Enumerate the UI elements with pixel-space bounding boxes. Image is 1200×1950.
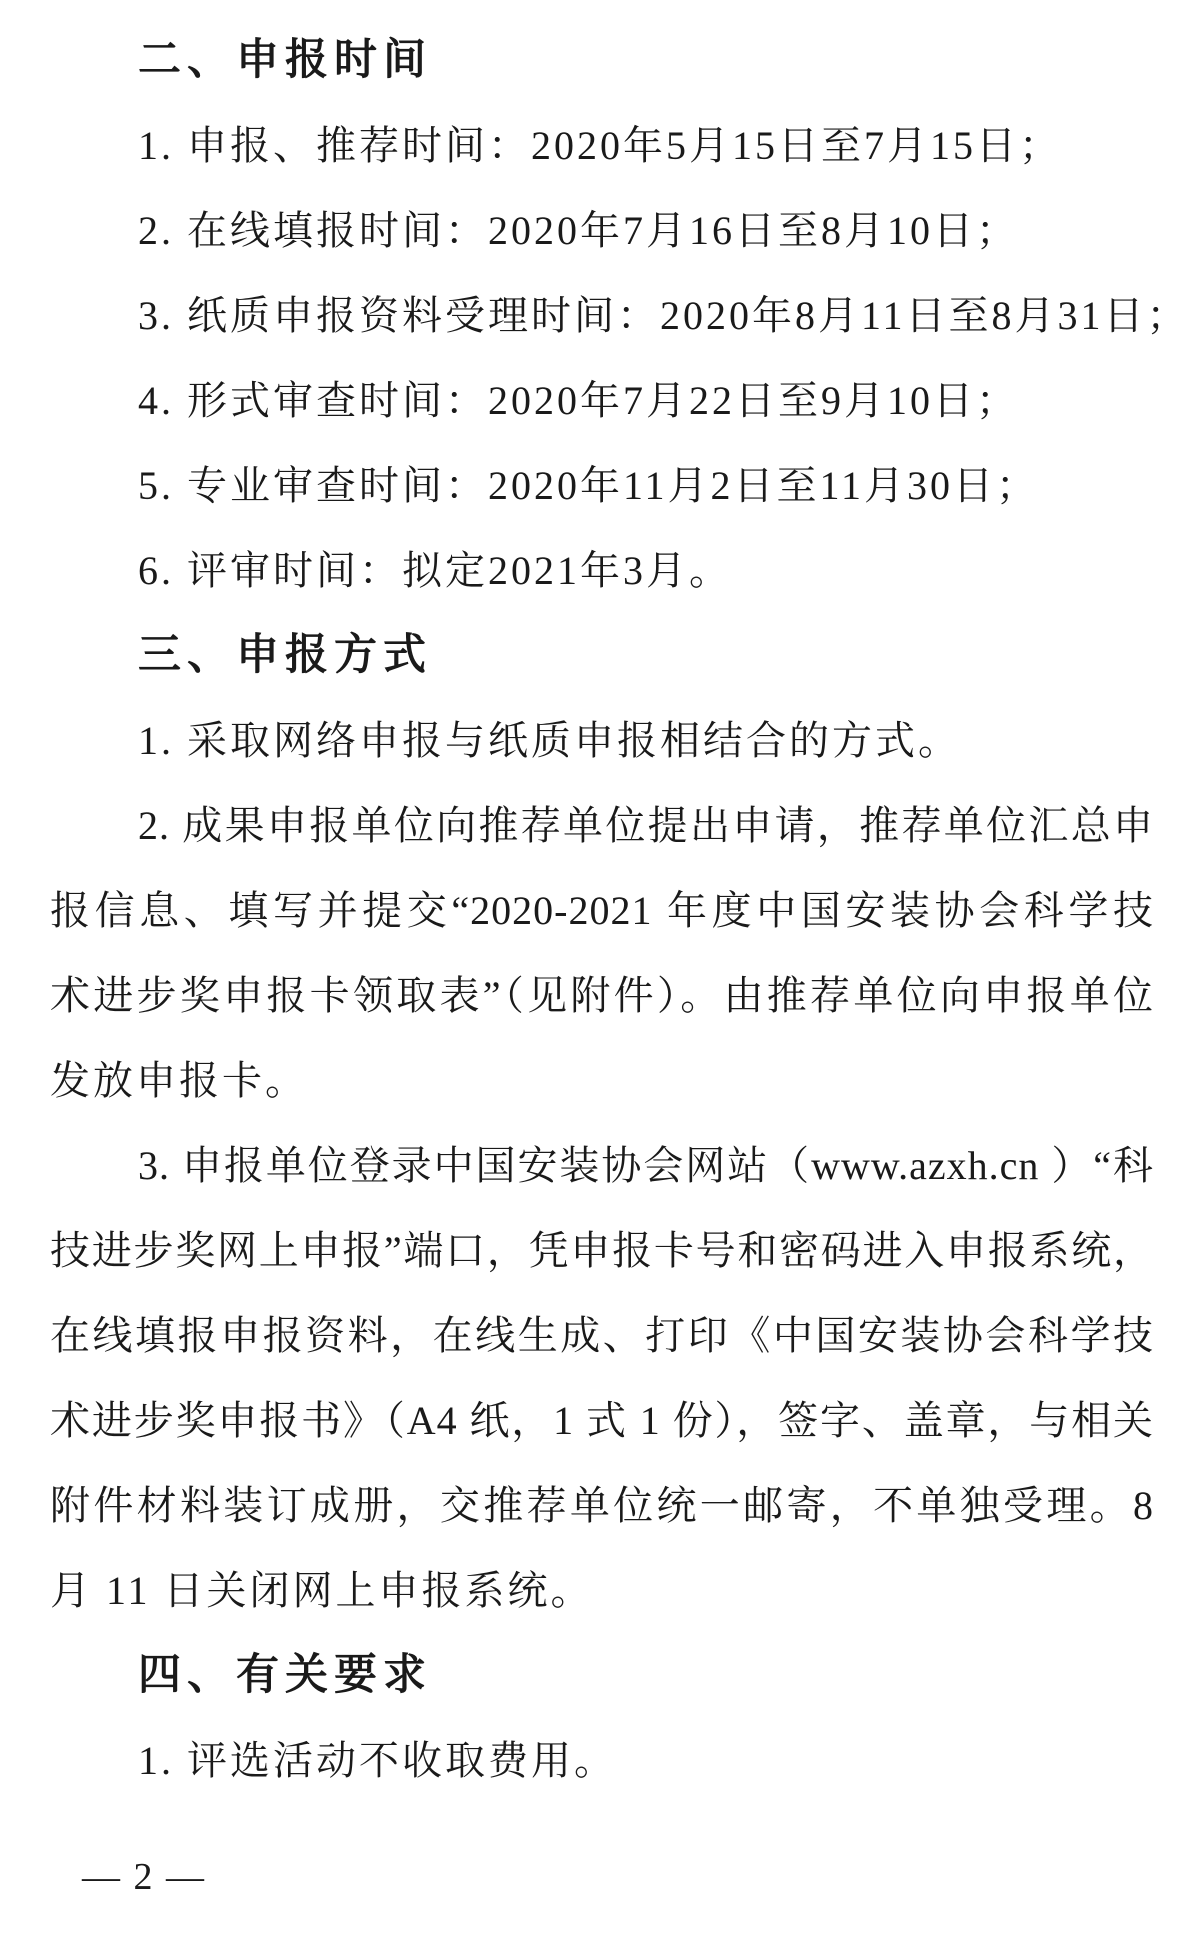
paragraph-line: 术进步奖申报卡领取表”（见附件）。由推荐单位向申报单位: [50, 953, 1154, 1038]
document-content: 二、申报时间 1. 申报、推荐时间：2020年5月15日至7月15日； 2. 在…: [50, 18, 1154, 1803]
time-item-line: 5. 专业审查时间：2020年11月2日至11月30日；: [50, 443, 1154, 528]
paragraph-line: 月 11 日关闭网上申报系统。: [50, 1548, 1154, 1633]
paragraph-line: 技进步奖网上申报”端口，凭申报卡号和密码进入申报系统，: [50, 1208, 1154, 1293]
paragraph-line: 附件材料装订成册，交推荐单位统一邮寄，不单独受理。8: [50, 1463, 1154, 1548]
paragraph-line: 在线填报申报资料，在线生成、打印《中国安装协会科学技: [50, 1293, 1154, 1378]
paragraph-line: 1. 评选活动不收取费用。: [50, 1718, 1154, 1803]
paragraph-line: 2. 成果申报单位向推荐单位提出申请，推荐单位汇总申: [50, 783, 1154, 868]
time-item-line: 1. 申报、推荐时间：2020年5月15日至7月15日；: [50, 103, 1154, 188]
time-item-line: 2. 在线填报时间：2020年7月16日至8月10日；: [50, 188, 1154, 273]
time-item-line: 6. 评审时间：拟定2021年3月。: [50, 528, 1154, 613]
paragraph-line: 3. 申报单位登录中国安装协会网站（www.azxh.cn ）“科: [50, 1123, 1154, 1208]
time-item-line: 3. 纸质申报资料受理时间：2020年8月11日至8月31日；: [50, 273, 1154, 358]
paragraph-line: 发放申报卡。: [50, 1038, 1154, 1123]
paragraph-line: 报信息、填写并提交“2020-2021 年度中国安装协会科学技: [50, 868, 1154, 953]
section-heading-application-time: 二、申报时间: [50, 18, 1154, 103]
document-page: 二、申报时间 1. 申报、推荐时间：2020年5月15日至7月15日； 2. 在…: [0, 0, 1200, 1950]
section-heading-requirements: 四、有关要求: [50, 1633, 1154, 1718]
section-heading-application-method: 三、申报方式: [50, 613, 1154, 698]
paragraph-line: 1. 采取网络申报与纸质申报相结合的方式。: [50, 698, 1154, 783]
time-item-line: 4. 形式审查时间：2020年7月22日至9月10日；: [50, 358, 1154, 443]
paragraph-line: 术进步奖申报书》（A4 纸，1 式 1 份），签字、盖章，与相关: [50, 1378, 1154, 1463]
page-number: — 2 —: [82, 1852, 206, 1902]
